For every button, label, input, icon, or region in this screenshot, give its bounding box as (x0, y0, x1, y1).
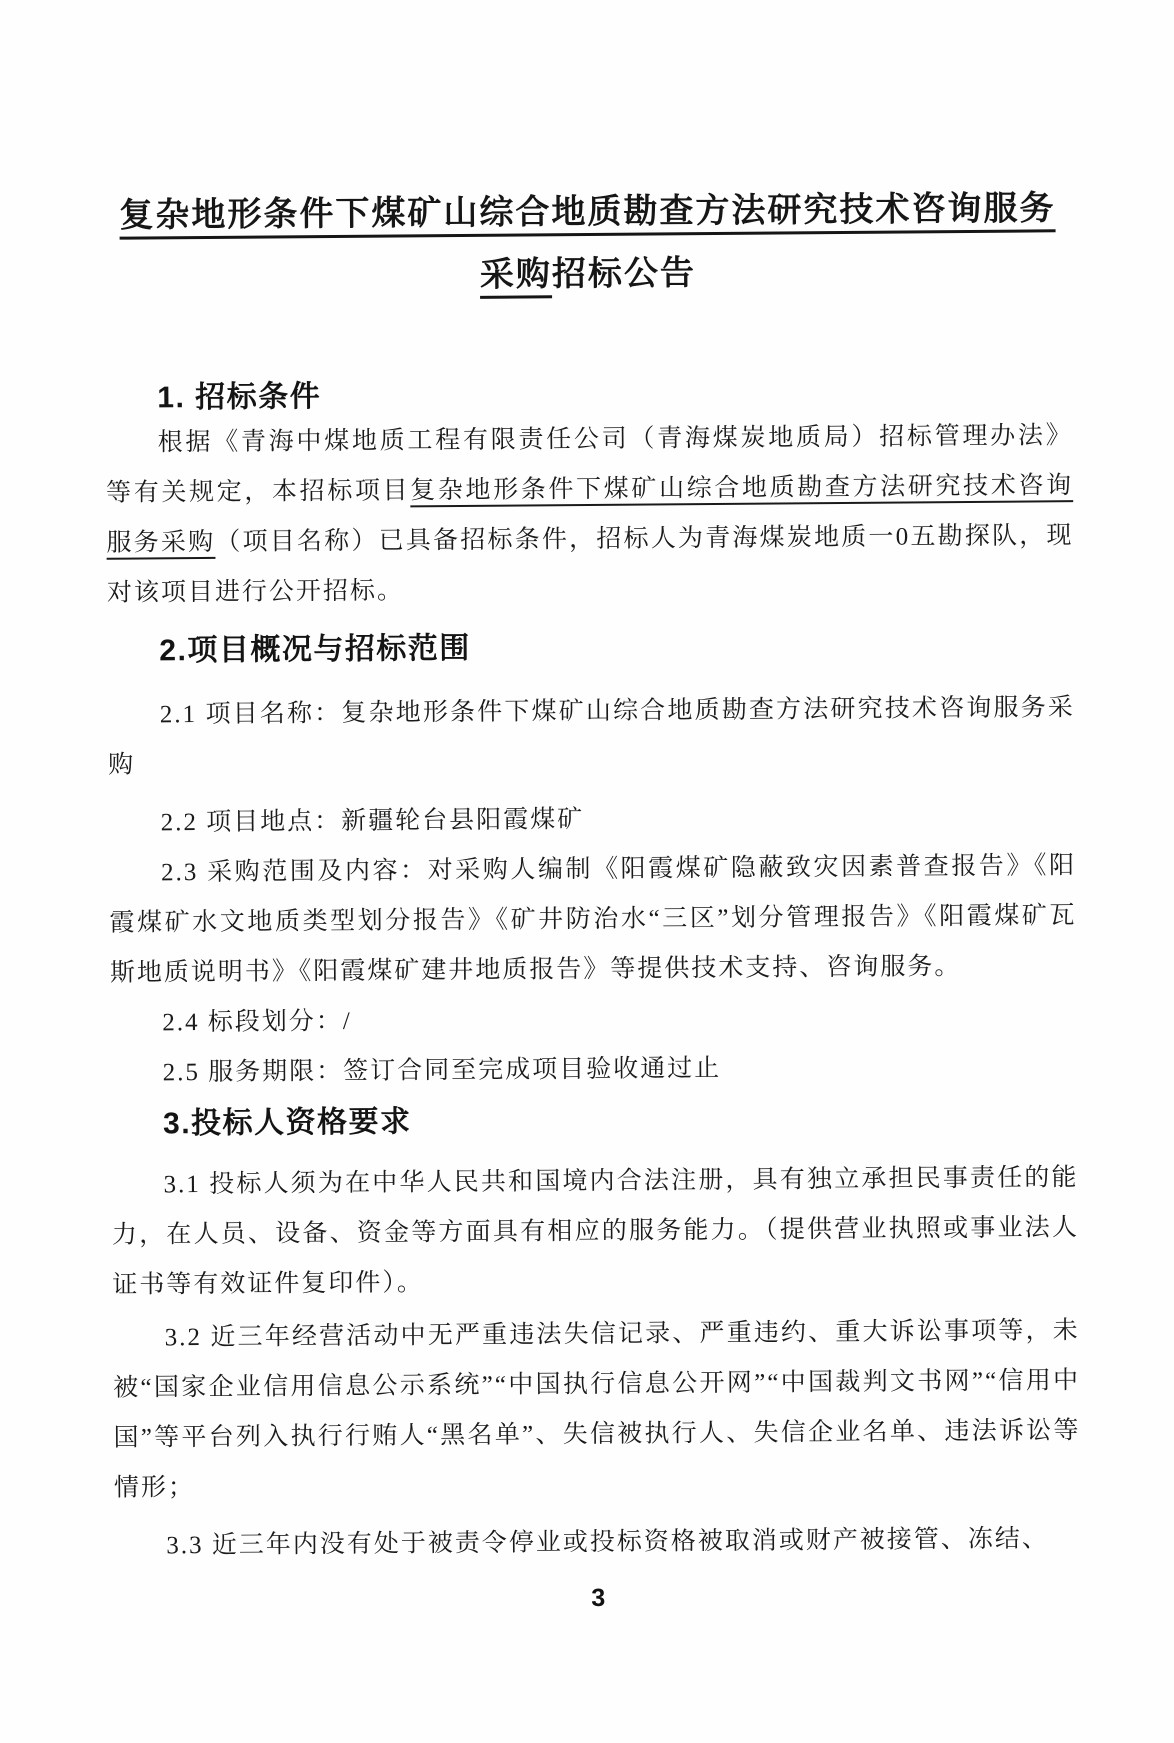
doc-title-line1: 复杂地形条件下煤矿山综合地质勘查方法研究技术咨询服务 (104, 186, 1071, 240)
page-content: 复杂地形条件下煤矿山综合地质勘查方法研究技术咨询服务 采购招标公告 1. 招标条… (0, 0, 1174, 1743)
item-2-4: 2.4 标段划分：/ (110, 991, 1077, 1049)
doc-title-line2: 采购招标公告 (104, 248, 1071, 302)
item-2-3: 2.3 采购范围及内容：对采购人编制《阳霞煤矿隐蔽致灾因素普查报告》《阳霞煤矿水… (109, 841, 1077, 999)
section-1-text-after: （项目名称）已具备招标条件，招标人为青海煤炭地质一0五勘探队，现对该项目进行公开… (107, 522, 1074, 607)
item-2-1: 2.1 项目名称：复杂地形条件下煤矿山综合地质勘查方法研究技术咨询服务采购 (108, 683, 1076, 791)
section-1-paragraph: 根据《青海中煤地质工程有限责任公司（青海煤炭地质局）招标管理办法》等有关规定，本… (106, 411, 1075, 619)
item-2-2: 2.2 项目地点：新疆轮台县阳霞煤矿 (109, 791, 1076, 849)
section-3-heading: 3.投标人资格要求 (163, 1099, 1078, 1142)
section-2-heading: 2.项目概况与招标范围 (159, 626, 1074, 669)
page-number: 3 (115, 1580, 1082, 1617)
item-3-3: 3.3 近三年内没有处于被责令停业或投标资格被取消或财产被接管、冻结、 (114, 1514, 1081, 1572)
item-2-5: 2.5 服务期限：签订合同至完成项目验收通过止 (110, 1041, 1077, 1099)
doc-title-line2-underlined: 采购 (480, 256, 552, 294)
doc-title-line2-rest: 招标公告 (552, 255, 696, 293)
item-3-1: 3.1 投标人须为在中华人民共和国境内合法注册，具有独立承担民事责任的能力，在人… (111, 1153, 1079, 1311)
item-3-2: 3.2 近三年经营活动中无严重违法失信记录、严重违约、重大诉讼事项等，未被“国家… (113, 1306, 1082, 1514)
document-page: 复杂地形条件下煤矿山综合地质勘查方法研究技术咨询服务 采购招标公告 1. 招标条… (0, 0, 1174, 1743)
doc-title-line1-text: 复杂地形条件下煤矿山综合地质勘查方法研究技术咨询服务 (119, 190, 1055, 234)
section-1-heading: 1. 招标条件 (157, 373, 1072, 416)
